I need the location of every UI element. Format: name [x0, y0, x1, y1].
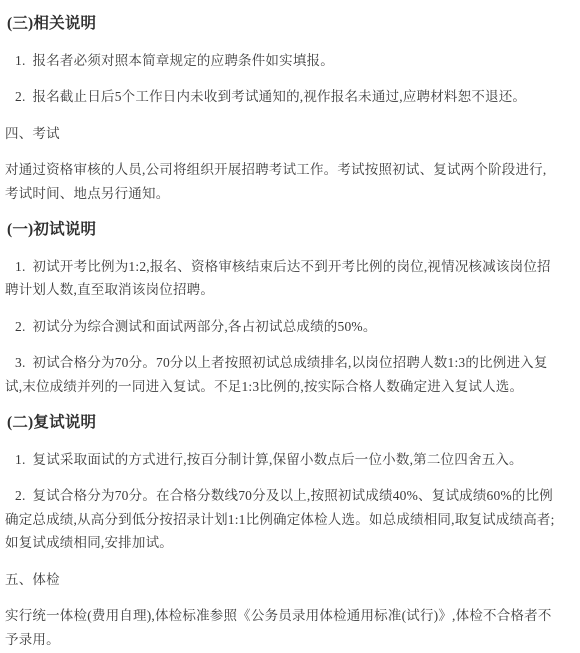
paragraph-physical-exam: 实行统一体检(费用自理),体检标准参照《公务员录用体检通用标准(试行)》,体检不…: [5, 604, 558, 651]
heading-first-round: (一)初试说明: [5, 218, 558, 242]
section-title-exam: 四、考试: [5, 122, 558, 146]
item-text: 复试合格分为70分。在合格分数线70分及以上,按照初试成绩40%、复试成绩60%…: [5, 488, 555, 550]
list-item: 1.初试开考比例为1:2,报名、资格审核结束后达不到开考比例的岗位,视情况核减该…: [5, 255, 558, 302]
section-title-physical-exam: 五、体检: [5, 568, 558, 592]
item-number: 1.: [15, 259, 26, 274]
heading-second-round: (二)复试说明: [5, 411, 558, 435]
item-text: 初试开考比例为1:2,报名、资格审核结束后达不到开考比例的岗位,视情况核减该岗位…: [5, 259, 551, 298]
heading-related-notes: (三)相关说明: [5, 12, 558, 36]
list-item: 2.报名截止日后5个工作日内未收到考试通知的,视作报名未通过,应聘材料恕不退还。: [5, 85, 558, 109]
item-text: 报名者必须对照本简章规定的应聘条件如实填报。: [33, 53, 334, 68]
paragraph-exam-intro: 对通过资格审核的人员,公司将组织开展招聘考试工作。考试按照初试、复试两个阶段进行…: [5, 158, 558, 205]
item-number: 2.: [15, 89, 26, 104]
list-item: 2.复试合格分为70分。在合格分数线70分及以上,按照初试成绩40%、复试成绩6…: [5, 484, 558, 555]
item-text: 初试合格分为70分。70分以上者按照初试总成绩排名,以岗位招聘人数1:3的比例进…: [5, 355, 548, 394]
item-text: 报名截止日后5个工作日内未收到考试通知的,视作报名未通过,应聘材料恕不退还。: [33, 89, 527, 104]
list-item: 2.初试分为综合测试和面试两部分,各占初试总成绩的50%。: [5, 315, 558, 339]
list-item: 1.复试采取面试的方式进行,按百分制计算,保留小数点后一位小数,第二位四舍五入。: [5, 448, 558, 472]
item-number: 2.: [15, 488, 26, 503]
item-number: 3.: [15, 355, 26, 370]
item-number: 1.: [15, 53, 26, 68]
document-body: (三)相关说明 1.报名者必须对照本简章规定的应聘条件如实填报。 2.报名截止日…: [0, 0, 580, 653]
item-text: 复试采取面试的方式进行,按百分制计算,保留小数点后一位小数,第二位四舍五入。: [33, 452, 523, 467]
item-number: 2.: [15, 319, 26, 334]
item-text: 初试分为综合测试和面试两部分,各占初试总成绩的50%。: [33, 319, 377, 334]
item-number: 1.: [15, 452, 26, 467]
list-item: 1.报名者必须对照本简章规定的应聘条件如实填报。: [5, 49, 558, 73]
list-item: 3.初试合格分为70分。70分以上者按照初试总成绩排名,以岗位招聘人数1:3的比…: [5, 351, 558, 398]
